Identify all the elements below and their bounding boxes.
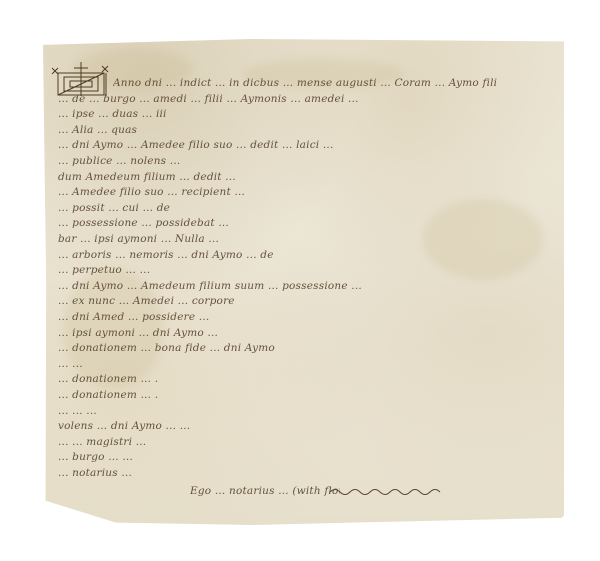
manuscript-line: ... de ... burgo ... amedi ... filii ...… (58, 92, 555, 106)
manuscript-line: ... donationem ... . (58, 388, 555, 402)
manuscript-line: ... possit ... cui ... de (58, 201, 555, 215)
manuscript-line: ... dni Aymo ... Amedeum filium suum ...… (58, 279, 555, 293)
manuscript-line: ... Alia ... quas (58, 123, 555, 137)
manuscript-line: ... burgo ... ... (58, 450, 555, 464)
manuscript-line: ... publice ... nolens ... (58, 154, 555, 168)
signature-flourish-icon (330, 486, 445, 496)
manuscript-line: ... ... magistri ... (58, 435, 555, 449)
manuscript-line: ... ipsi aymoni ... dni Aymo ... (58, 326, 555, 340)
closing-signature: Ego ... notarius ... (with flourish) (190, 484, 340, 498)
manuscript-line: ... arboris ... nemoris ... dni Aymo ...… (58, 248, 555, 262)
manuscript-line: ... donationem ... . (58, 372, 555, 386)
manuscript-line: ... perpetuo ... ... (58, 263, 555, 277)
manuscript-line: dum Amedeum filium ... dedit ... (58, 170, 555, 184)
manuscript-line: ... ex nunc ... Amedei ... corpore (58, 294, 555, 308)
manuscript-line: ... ipse ... duas ... iii (58, 107, 555, 121)
manuscript-line: ... dni Aymo ... Amedee filio suo ... de… (58, 138, 555, 152)
manuscript-line: Anno dni ... indict ... in dicbus ... me… (113, 76, 555, 90)
manuscript-line: volens ... dni Aymo ... ... (58, 419, 555, 433)
manuscript-line: ... dni Amed ... possidere ... (58, 310, 555, 324)
manuscript-line: bar ... ipsi aymoni ... Nulla ... (58, 232, 555, 246)
manuscript-line: ... ... (58, 357, 555, 371)
manuscript-line: ... possessione ... possidebat ... (58, 216, 555, 230)
manuscript-line: ... Amedee filio suo ... recipient ... (58, 185, 555, 199)
manuscript-line: ... donationem ... bona fide ... dni Aym… (58, 341, 555, 355)
manuscript-line: ... ... ... (58, 404, 555, 418)
manuscript-line: ... notarius ... (58, 466, 555, 480)
